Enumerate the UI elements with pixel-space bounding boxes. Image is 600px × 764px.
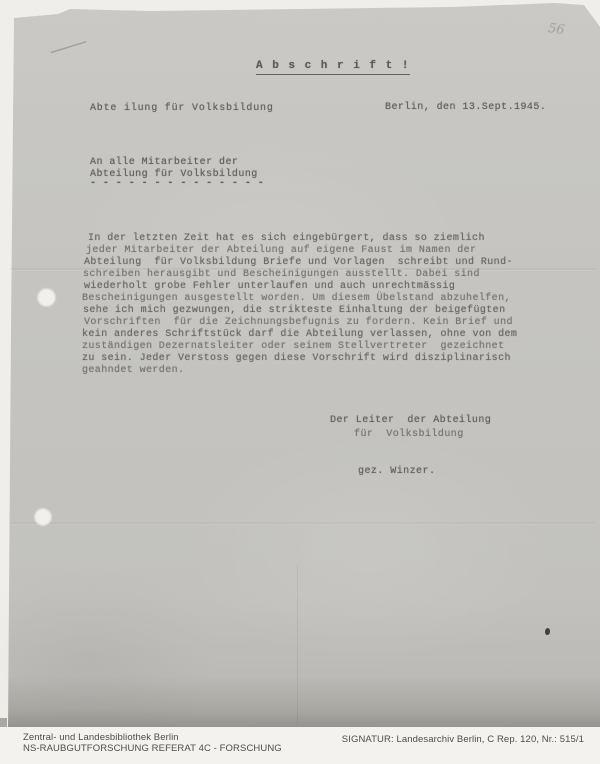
body-line: Vorschriften für die Zeichnungsbefugnis … — [84, 317, 513, 329]
body-line: zu sein. Jeder Verstoss gegen diese Vors… — [82, 353, 511, 365]
fold-crease — [297, 565, 298, 725]
body-line: In der letzten Zeit hat es sich eingebür… — [88, 233, 485, 245]
body-line: jeder Mitarbeiter der Abteilung auf eige… — [86, 245, 476, 257]
archive-footer-left: Zentral- und Landesbibliothek Berlin NS-… — [23, 733, 282, 755]
punch-hole — [34, 508, 52, 526]
body-line: schreiben herausgibt und Bescheinigungen… — [83, 269, 480, 281]
punch-hole — [37, 288, 56, 307]
document-heading: A b s c h r i f t ! — [256, 60, 410, 75]
closing-line-2: für Volksbildung — [354, 429, 464, 440]
body-line: geahndet werden. — [82, 365, 184, 377]
dateline: Berlin, den 13.Sept.1945. — [385, 102, 546, 113]
body-line: Abteilung für Volksbildung Briefe und Vo… — [84, 257, 513, 269]
archive-signature-reference: SIGNATUR: Landesarchiv Berlin, C Rep. 12… — [342, 734, 584, 745]
recipient-underline: - - - - - - - - - - - - - - — [90, 178, 264, 189]
body-line: wiederholt grobe Fehler unterlaufen und … — [84, 281, 455, 293]
ink-speck — [545, 628, 550, 635]
signature-line: gez. Winzer. — [358, 466, 435, 477]
archive-footer-bar: Zentral- und Landesbibliothek Berlin NS-… — [0, 727, 600, 764]
closing-line-1: Der Leiter der Abteilung — [330, 415, 491, 426]
recipient-line-1: An alle Mitarbeiter der — [90, 157, 238, 168]
scanned-document-page: 56 A b s c h r i f t ! Abte ilung für Vo… — [0, 0, 600, 764]
body-line: kein anderes Schriftstück darf die Abtei… — [82, 329, 517, 341]
body-line: Bescheinigungen ausgestellt worden. Um d… — [82, 293, 511, 305]
archive-department: NS-RAUBGUTFORSCHUNG REFERAT 4C - FORSCHU… — [23, 744, 282, 755]
body-line: sehe ich mich gezwungen, die strikteste … — [83, 305, 505, 317]
body-line: zuständigen Dezernatsleiter oder seinem … — [82, 341, 504, 353]
handwritten-page-number: 56 — [547, 21, 565, 38]
fold-crease — [10, 522, 595, 524]
sender-line: Abte ilung für Volksbildung — [90, 103, 274, 114]
